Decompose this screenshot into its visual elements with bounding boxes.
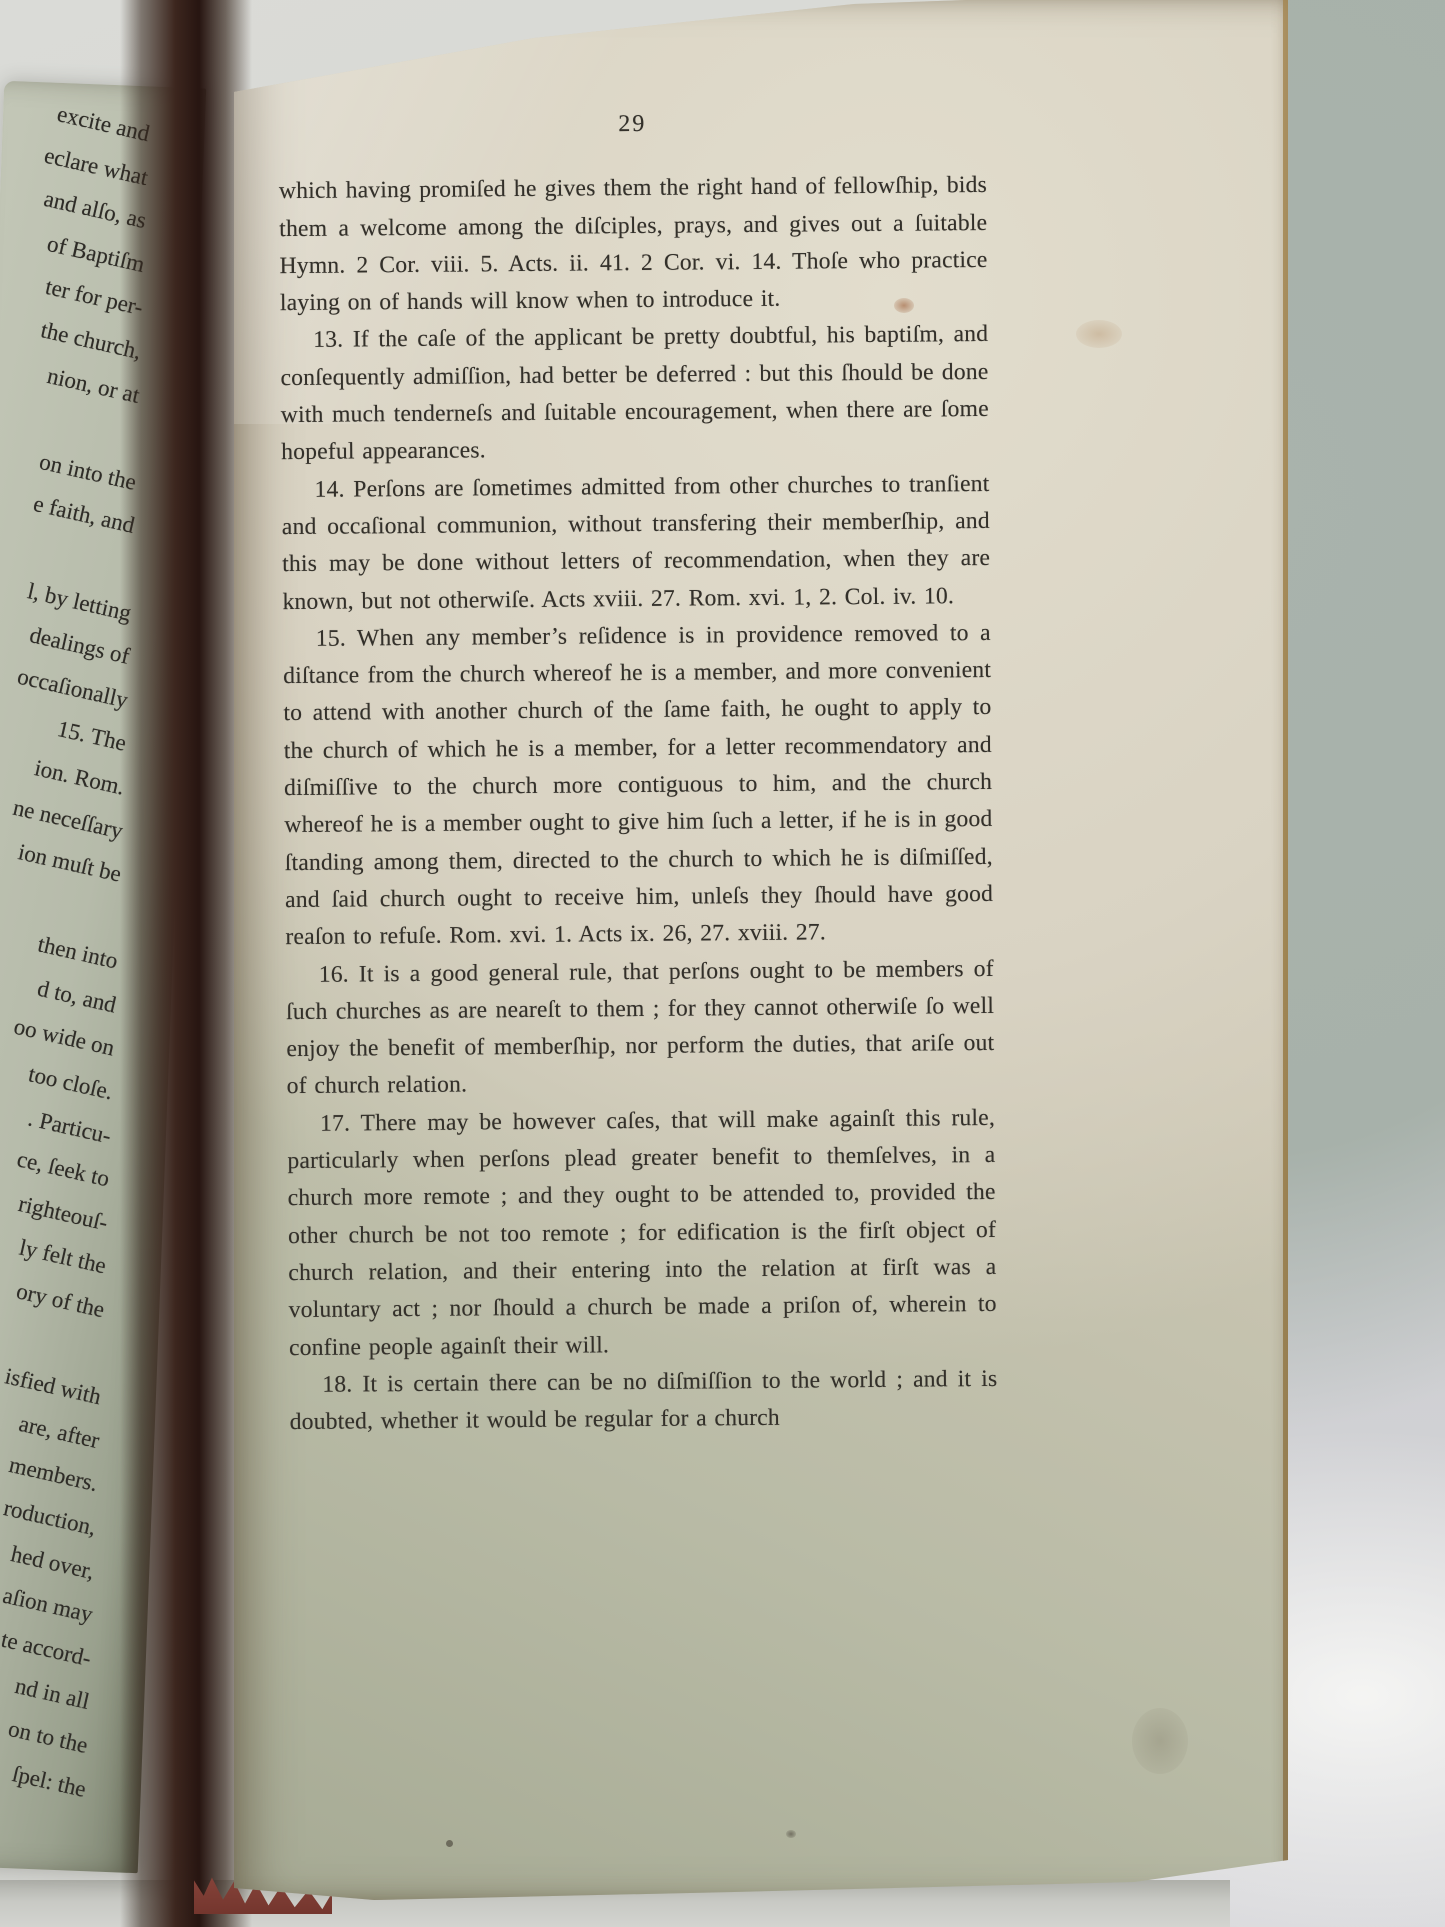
stain bbox=[446, 1840, 453, 1847]
paragraph-3: 14. Perſons are ſometimes admitted from … bbox=[281, 466, 990, 621]
stain bbox=[1132, 1708, 1188, 1774]
paragraph-1: which having promiſed he gives them the … bbox=[279, 167, 988, 322]
stain bbox=[1076, 320, 1122, 348]
paragraphs-container: which having promiſed he gives them the … bbox=[279, 167, 998, 1441]
paragraph-4: 15. When any member’s reſidence is in pr… bbox=[283, 615, 994, 957]
book-photo-scene: excite andeclare whatand alſo, asof Bapt… bbox=[0, 0, 1445, 1927]
stain bbox=[786, 1830, 796, 1838]
page-text-block: 29 which having promiſed he gives them t… bbox=[278, 103, 998, 1442]
page-number: 29 bbox=[278, 103, 986, 146]
book-spine-gutter bbox=[120, 0, 252, 1927]
right-page: 29 which having promiſed he gives them t… bbox=[234, 0, 1288, 1900]
paragraph-6: 17. There may be however caſes, that wil… bbox=[287, 1100, 997, 1367]
paragraph-2: 13. If the caſe of the applicant be pret… bbox=[280, 316, 989, 471]
paragraph-5: 16. It is a good general rule, that perſ… bbox=[286, 950, 995, 1105]
page-fore-edge bbox=[1283, 0, 1288, 1900]
paragraph-7: 18. It is certain there can be no diſmiſ… bbox=[289, 1361, 998, 1442]
